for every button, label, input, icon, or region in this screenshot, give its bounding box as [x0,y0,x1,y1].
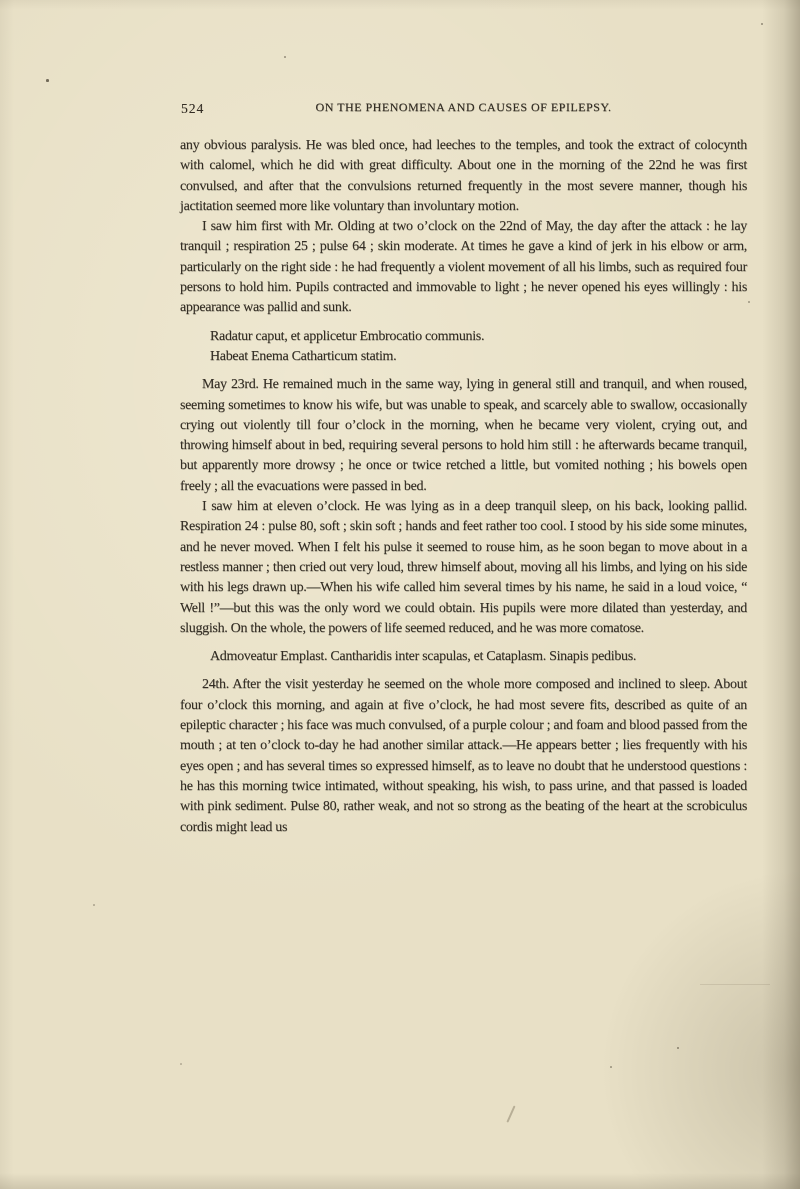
running-title: ON THE PHENOMENA AND CAUSES OF EPILEPSY. [180,100,747,115]
paper-speck [677,1047,679,1049]
paper-speck [46,79,49,82]
paragraph: any obvious paralysis. He was bled once,… [180,136,747,217]
paragraph: 24th. After the visit yesterday he seeme… [180,675,747,837]
body-text: any obvious paralysis. He was bled once,… [180,136,747,838]
prescription-line: Admoveatur Emplast. Cantharidis inter sc… [210,647,747,667]
prescription-block: Admoveatur Emplast. Cantharidis inter sc… [210,647,747,667]
prescription-line: Habeat Enema Catharticum statim. [210,347,747,367]
paper-speck [284,56,286,58]
page-header: 524 ON THE PHENOMENA AND CAUSES OF EPILE… [180,100,747,118]
page-number: 524 [181,101,204,117]
paper-speck [93,904,95,906]
paragraph: I saw him first with Mr. Olding at two o… [180,217,747,318]
paper-speck [180,1063,182,1065]
pencil-mark [506,1105,515,1122]
paper-crease [700,984,770,985]
paper-speck [748,301,750,303]
book-page: 524 ON THE PHENOMENA AND CAUSES OF EPILE… [0,0,800,1189]
paper-speck [761,23,763,25]
paragraph: I saw him at eleven o’clock. He was lyin… [180,497,747,639]
prescription-line: Radatur caput, et applicetur Embrocatio … [210,327,747,347]
paper-speck [610,1066,612,1068]
prescription-block: Radatur caput, et applicetur Embrocatio … [210,327,747,368]
paragraph: May 23rd. He remained much in the same w… [180,375,747,497]
